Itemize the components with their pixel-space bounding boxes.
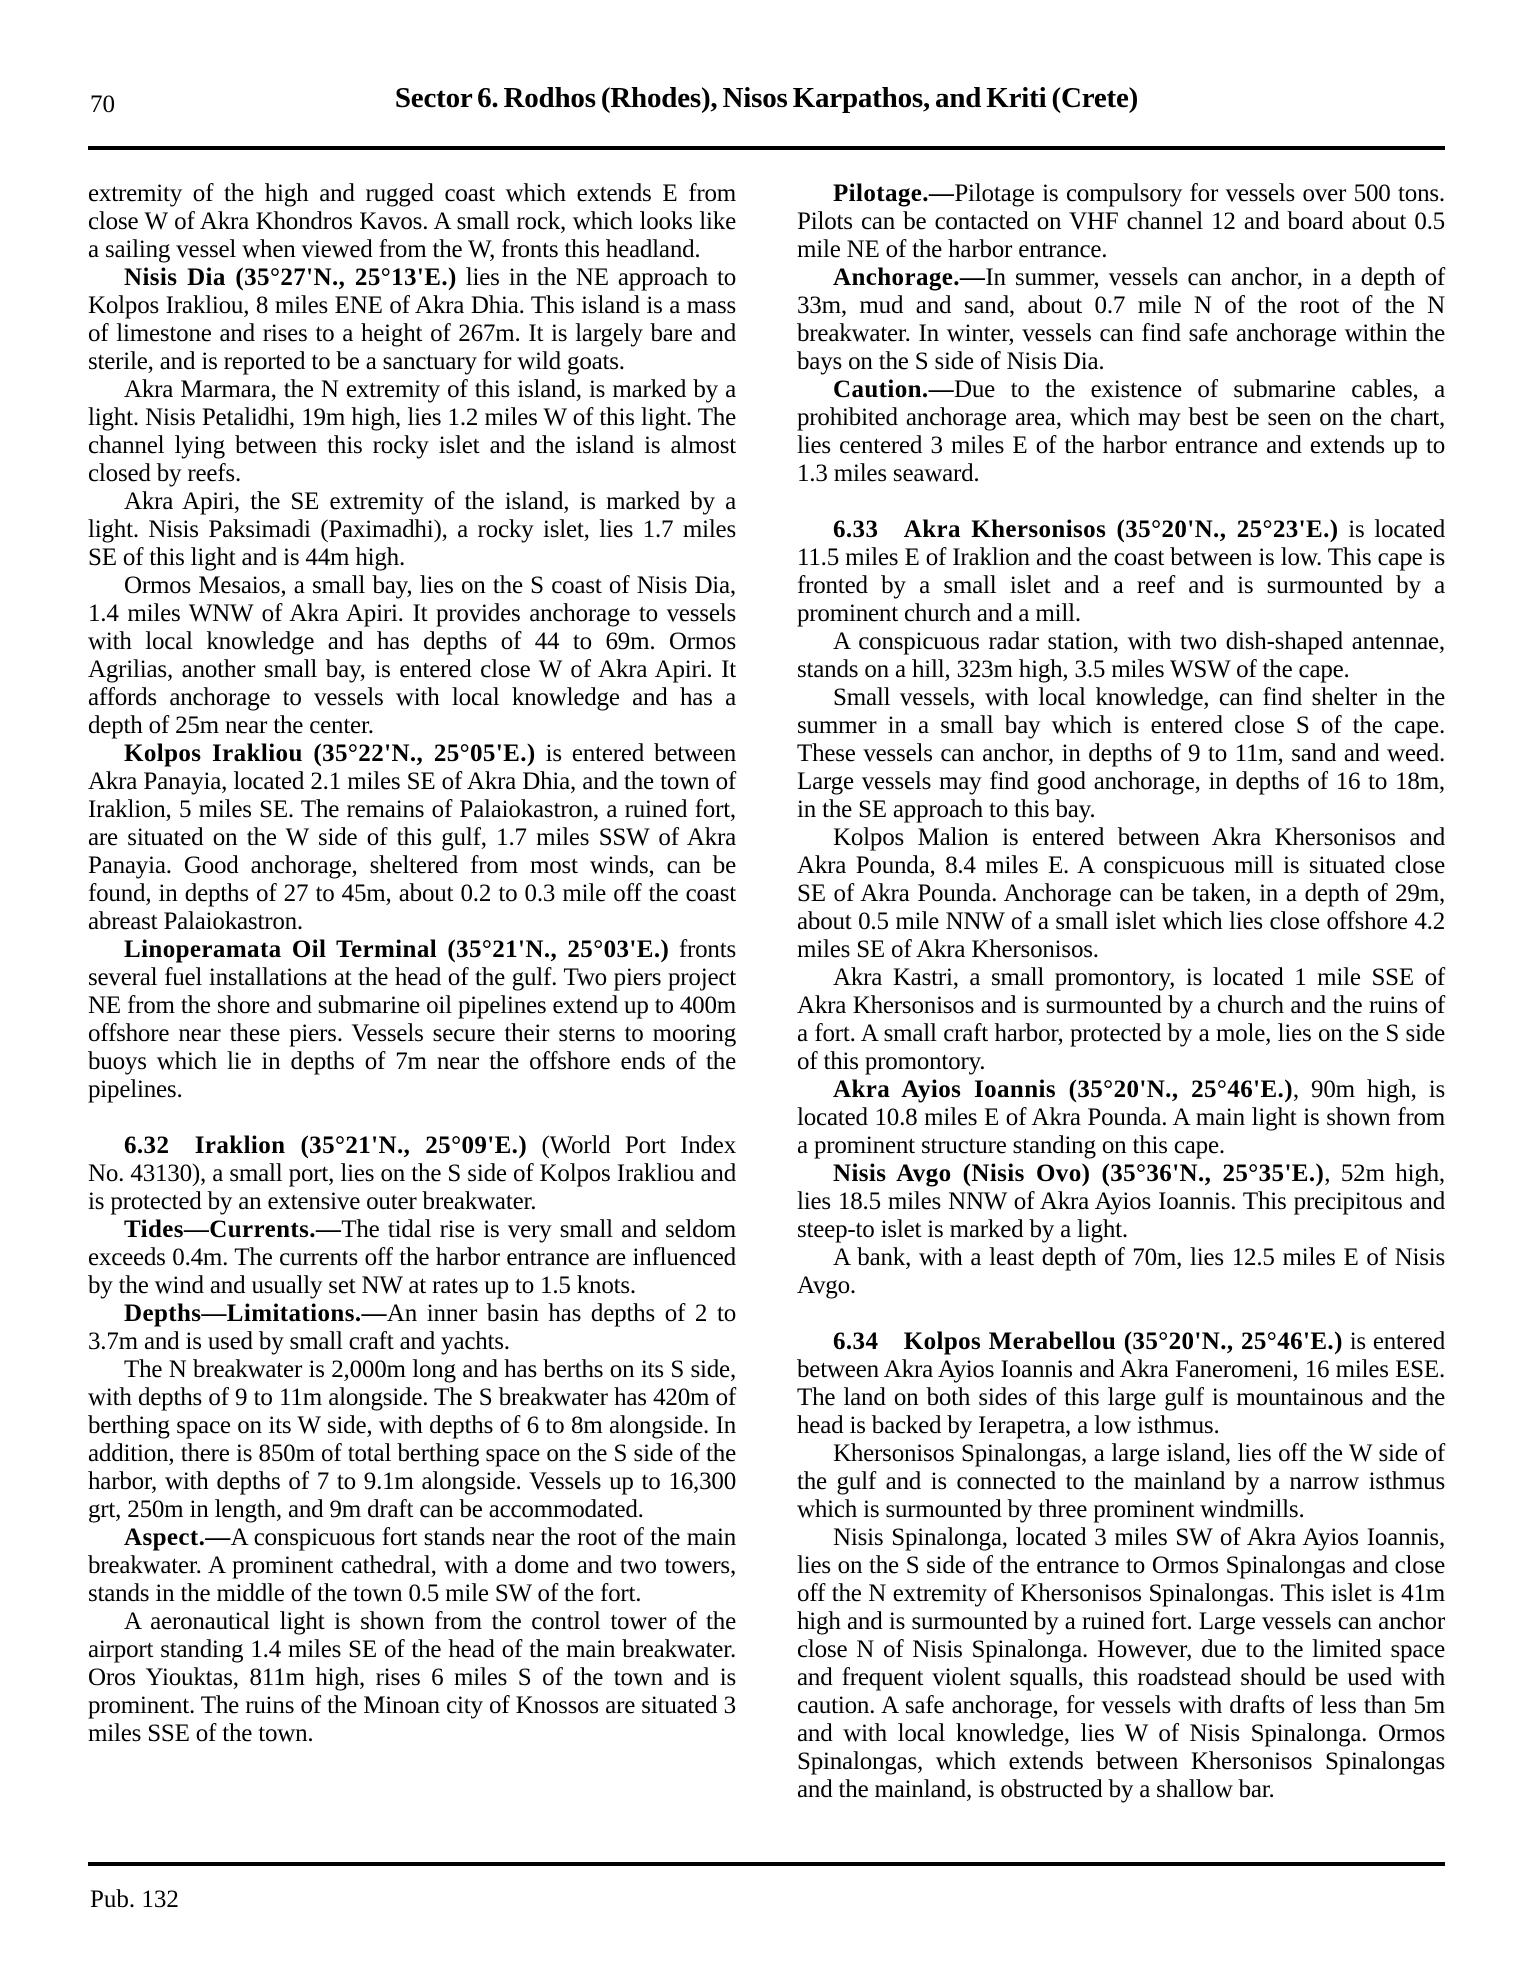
paragraph: Akra Marmara, the N extremity of this is… — [88, 376, 736, 488]
bold-lead: 6.34 Kolpos Merabellou (35°20'N., 25°46'… — [833, 1328, 1343, 1355]
bold-lead: Kolpos Irakliou (35°22'N., 25°05'E.) — [124, 740, 536, 767]
body-text: extremity of the high and rugged coast w… — [88, 180, 736, 263]
paragraph: Kolpos Malion is entered between Akra Kh… — [797, 824, 1445, 964]
body-text: A aeronautical light is shown from the c… — [88, 1608, 736, 1747]
paragraph: 6.33 Akra Khersonisos (35°20'N., 25°23'E… — [797, 516, 1445, 628]
body-text: Kolpos Malion is entered between Akra Kh… — [797, 824, 1445, 963]
bold-lead: Akra Ayios Ioannis (35°20'N., 25°46'E.) — [833, 1076, 1293, 1103]
bold-lead: Depths—Limitations.— — [124, 1300, 387, 1327]
page-number: 70 — [90, 91, 115, 119]
body-text: Ormos Mesaios, a small bay, lies on the … — [88, 572, 736, 739]
paragraph: A conspicuous radar station, with two di… — [797, 628, 1445, 684]
paragraph: A bank, with a least depth of 70m, lies … — [797, 1244, 1445, 1300]
bold-lead: Caution.— — [833, 376, 954, 403]
paragraph: Ormos Mesaios, a small bay, lies on the … — [88, 572, 736, 740]
page-header: 70 Sector 6. Rodhos (Rhodes), Nisos Karp… — [88, 82, 1445, 115]
paragraph: Akra Ayios Ioannis (35°20'N., 25°46'E.),… — [797, 1076, 1445, 1160]
right-column: Pilotage.—Pilotage is compulsory for ves… — [797, 180, 1445, 1804]
paragraph: Depths—Limitations.—An inner basin has d… — [88, 1300, 736, 1356]
paragraph: Nisis Spinalonga, located 3 miles SW of … — [797, 1524, 1445, 1804]
body-text: is entered between Akra Panayia, located… — [88, 740, 736, 935]
bold-lead: Anchorage.— — [833, 264, 985, 291]
header-rule — [88, 146, 1445, 150]
bold-lead: Linoperamata Oil Terminal (35°21'N., 25°… — [124, 936, 669, 963]
paragraph: Khersonisos Spinalongas, a large island,… — [797, 1440, 1445, 1524]
bold-lead: Aspect.— — [124, 1524, 231, 1551]
body-text: Khersonisos Spinalongas, a large island,… — [797, 1440, 1445, 1523]
bold-lead: Nisis Dia (35°27'N., 25°13'E.) — [124, 264, 457, 291]
paragraph: Kolpos Irakliou (35°22'N., 25°05'E.) is … — [88, 740, 736, 936]
body-text: A conspicuous radar station, with two di… — [797, 628, 1445, 683]
body-text: Nisis Spinalonga, located 3 miles SW of … — [797, 1524, 1445, 1803]
paragraph: Akra Kastri, a small promontory, is loca… — [797, 964, 1445, 1076]
paragraph: 6.32 Iraklion (35°21'N., 25°09'E.) (Worl… — [88, 1132, 736, 1216]
bold-lead: 6.33 Akra Khersonisos (35°20'N., 25°23'E… — [833, 516, 1338, 543]
body-text: Akra Marmara, the N extremity of this is… — [88, 376, 736, 487]
bold-lead: 6.32 Iraklion (35°21'N., 25°09'E.) — [124, 1132, 527, 1159]
footer-rule — [88, 1862, 1445, 1866]
paragraph: Nisis Dia (35°27'N., 25°13'E.) lies in t… — [88, 264, 736, 376]
text-columns: extremity of the high and rugged coast w… — [88, 180, 1445, 1804]
footer: Pub. 132 — [90, 1886, 179, 1914]
paragraph: Tides—Currents.—The tidal rise is very s… — [88, 1216, 736, 1300]
paragraph: Caution.—Due to the existence of submari… — [797, 376, 1445, 488]
left-column: extremity of the high and rugged coast w… — [88, 180, 736, 1804]
paragraph: Akra Apiri, the SE extremity of the isla… — [88, 488, 736, 572]
body-text: A bank, with a least depth of 70m, lies … — [797, 1244, 1445, 1299]
paragraph: A aeronautical light is shown from the c… — [88, 1608, 736, 1748]
body-text: Small vessels, with local knowledge, can… — [797, 684, 1445, 823]
bold-lead: Pilotage.— — [833, 180, 954, 207]
publication-number: Pub. 132 — [90, 1886, 179, 1913]
bold-lead: Nisis Avgo (Nisis Ovo) (35°36'N., 25°35'… — [833, 1160, 1324, 1187]
paragraph: Small vessels, with local knowledge, can… — [797, 684, 1445, 824]
paragraph: Aspect.—A conspicuous fort stands near t… — [88, 1524, 736, 1608]
paragraph: Nisis Avgo (Nisis Ovo) (35°36'N., 25°35'… — [797, 1160, 1445, 1244]
paragraph: Linoperamata Oil Terminal (35°21'N., 25°… — [88, 936, 736, 1104]
body-text: The N breakwater is 2,000m long and has … — [88, 1356, 736, 1523]
page-title: Sector 6. Rodhos (Rhodes), Nisos Karpath… — [88, 82, 1445, 115]
body-text: Akra Apiri, the SE extremity of the isla… — [88, 488, 736, 571]
body-text: Akra Kastri, a small promontory, is loca… — [797, 964, 1445, 1075]
paragraph: extremity of the high and rugged coast w… — [88, 180, 736, 264]
paragraph: Anchorage.—In summer, vessels can anchor… — [797, 264, 1445, 376]
paragraph: Pilotage.—Pilotage is compulsory for ves… — [797, 180, 1445, 264]
document-page: 70 Sector 6. Rodhos (Rhodes), Nisos Karp… — [0, 0, 1530, 1980]
paragraph: 6.34 Kolpos Merabellou (35°20'N., 25°46'… — [797, 1328, 1445, 1440]
paragraph: The N breakwater is 2,000m long and has … — [88, 1356, 736, 1524]
bold-lead: Tides—Currents.— — [124, 1216, 341, 1243]
